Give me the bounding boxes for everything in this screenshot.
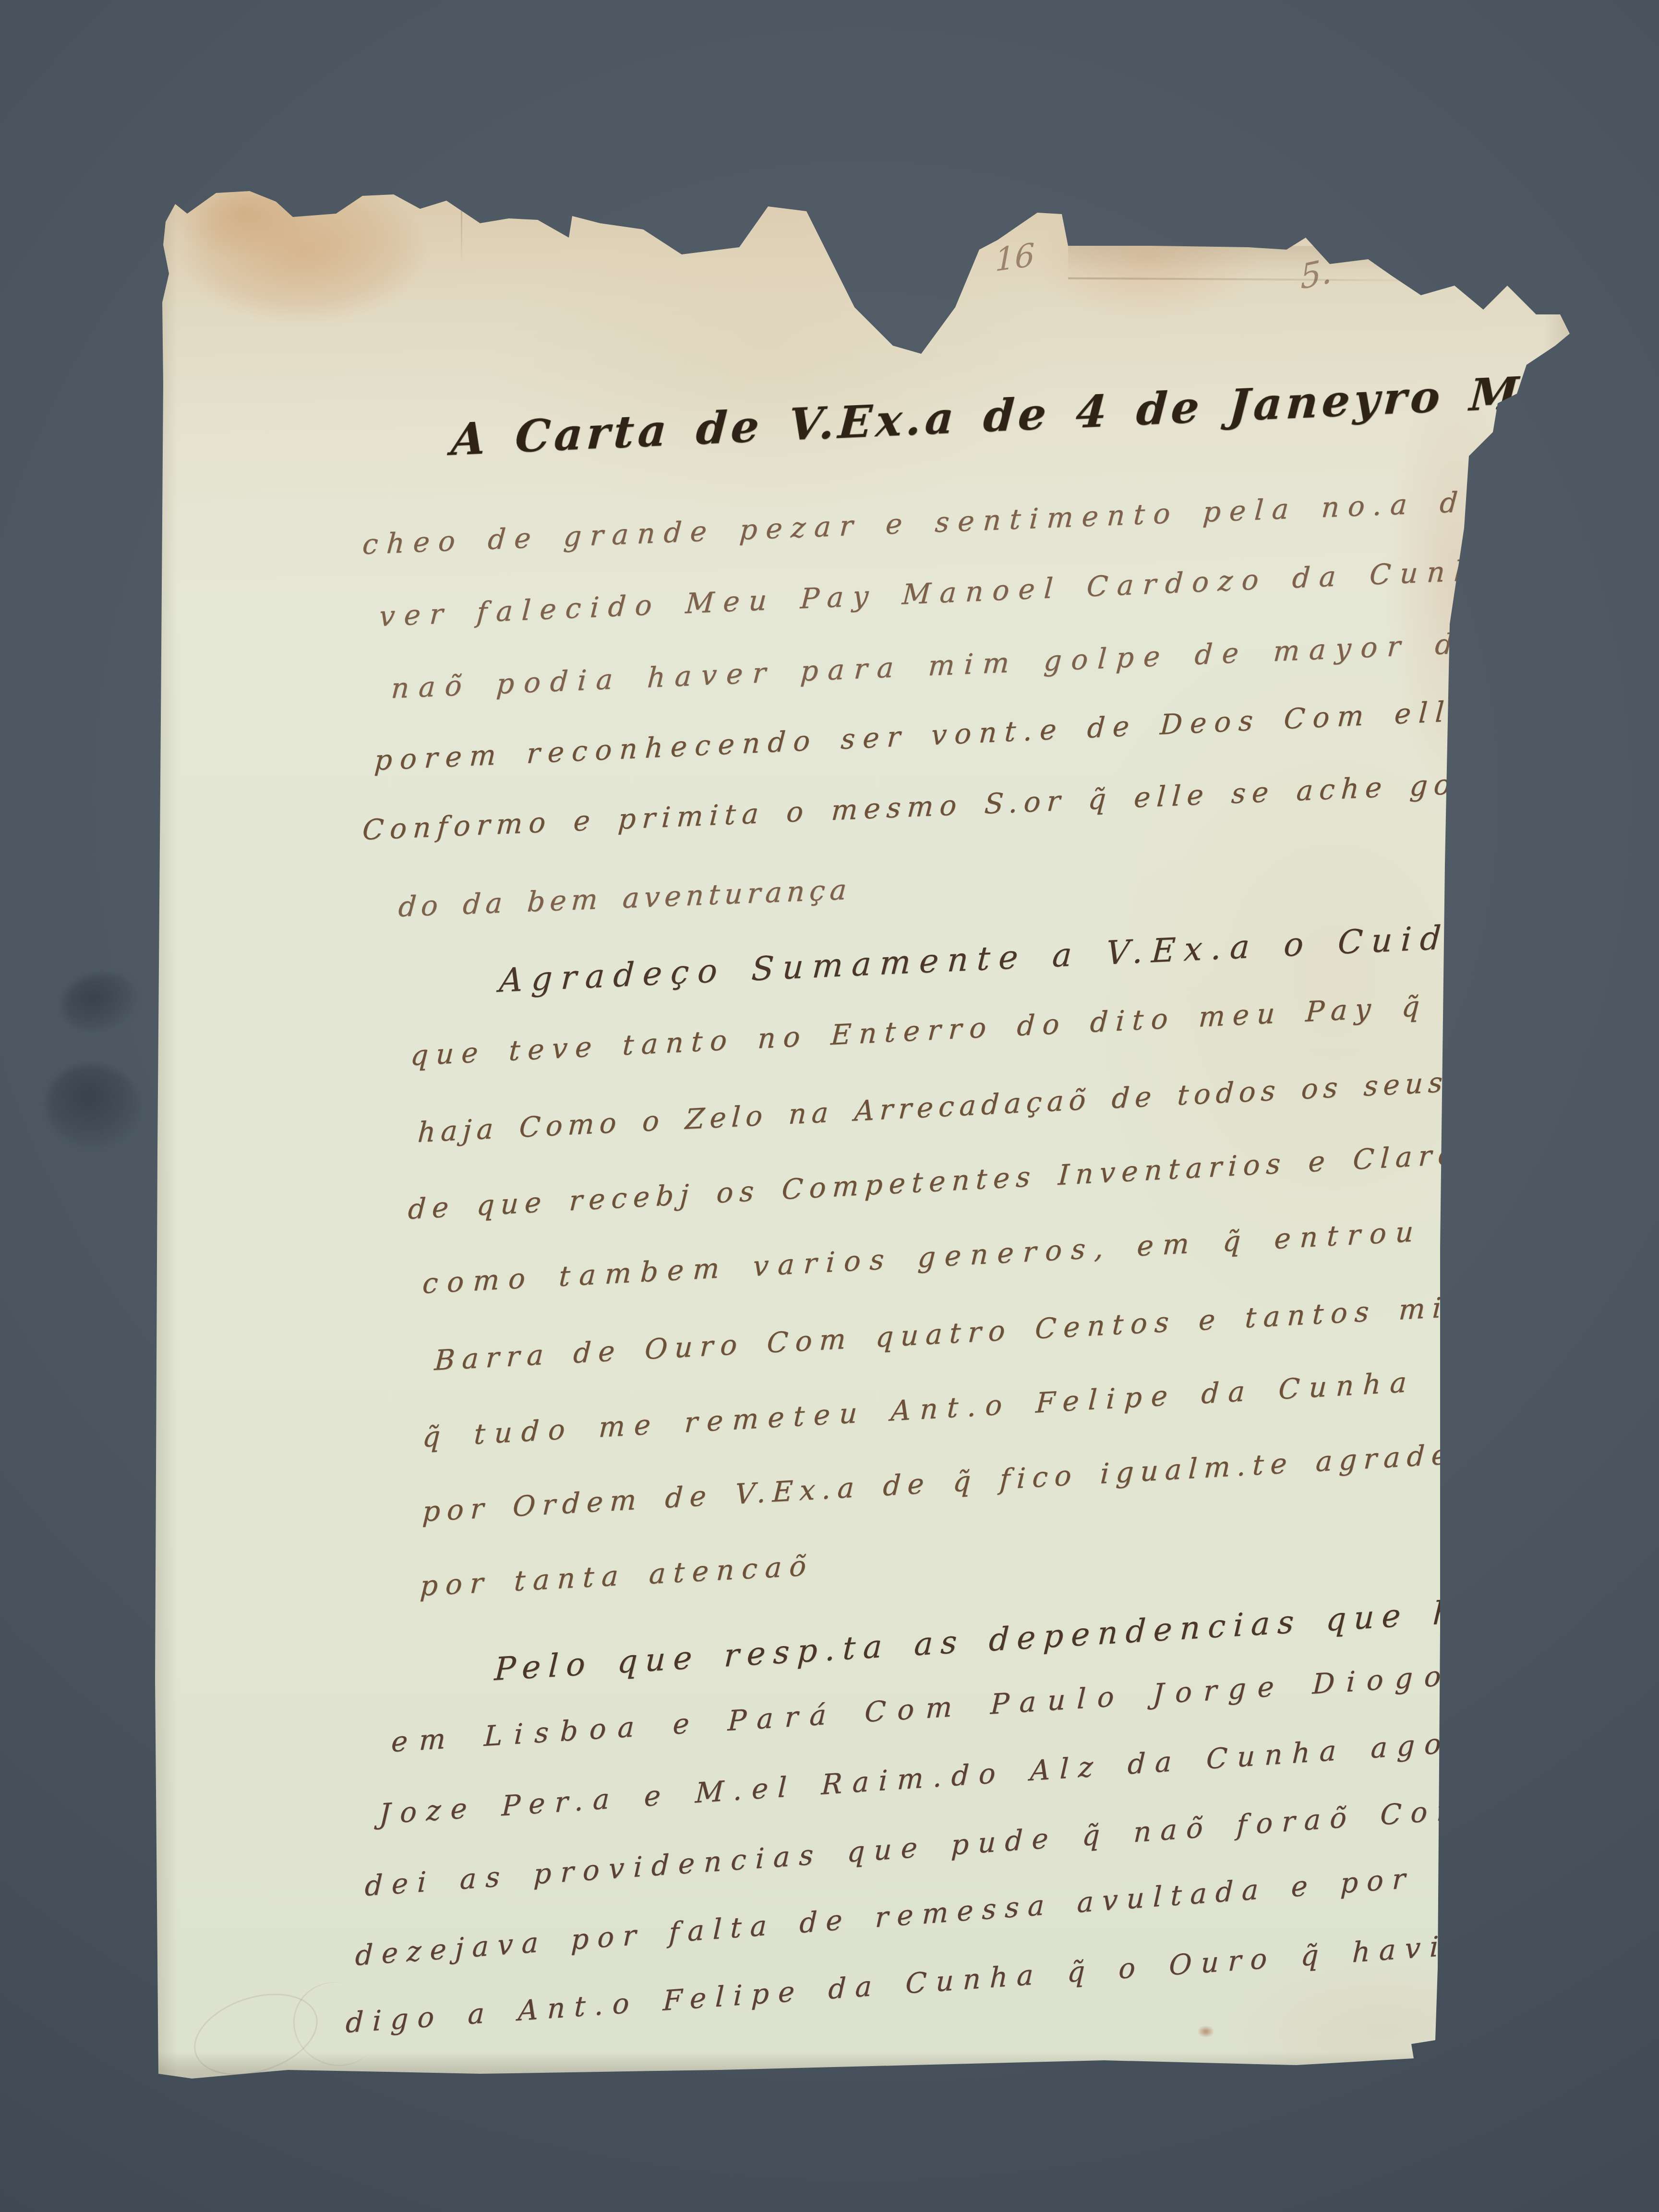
manuscript-line: cheo de grande pezar e sentimento pela n… [361,484,1568,558]
manuscript-line: Barra de Ouro Com quatro Centos e tantos… [433,1289,1538,1375]
manuscript-line: como tambem varios generos, em q̃ entrou… [421,1212,1527,1298]
manuscript-line: que teve tanto no Enterro do dito meu Pa… [409,985,1566,1070]
backdrop-dent [37,1054,151,1159]
manuscript-line: de que recebj os Competentes Inventarios… [407,1137,1525,1223]
manuscript-line: Agradeço Sumamente a V.Ex.a o Cuidado [498,918,1536,998]
manuscript-line: por tanta atencaõ [419,1551,814,1600]
manuscript-line: do da bem aventurança [397,876,852,921]
manuscript-line: naõ podia haver para mim golpe de mayor … [390,627,1528,702]
manuscript-line: Conformo e primita o mesmo S.or q̃ elle … [361,767,1526,844]
backdrop-dent [56,966,143,1039]
top-edge-ink-fragment: 16 [995,236,1034,279]
show-through-mark [173,1978,422,2088]
letter-paper: 16 5. A Carta de V.Ex.a de 4 de Janeyro … [144,187,1575,2079]
fold-ledge-shadow [1068,245,1433,278]
manuscript-line: q̃ tudo me remeteu Ant.o Felipe da Cunha… [422,1361,1532,1451]
manuscript-line: porem reconhecendo ser vont.e de Deos Co… [373,693,1558,774]
manuscript-line: ver falecido Meu Pay Manoel Cardozo da C… [378,553,1559,630]
photo-backdrop: 16 5. A Carta de V.Ex.a de 4 de Janeyro … [0,0,1659,2212]
top-edge-ink-fragment: 5. [1299,251,1332,297]
vertical-crease [461,199,462,264]
manuscript-line: haja Como o Zelo na Arrecadaçaõ de todos… [417,1063,1557,1146]
manuscript-line: por Ordem de V.Ex.a de q̃ fico igualm.te… [422,1435,1541,1526]
manuscript-line: A Carta de V.Ex.a de 4 de Janeyro Me En [450,365,1655,462]
